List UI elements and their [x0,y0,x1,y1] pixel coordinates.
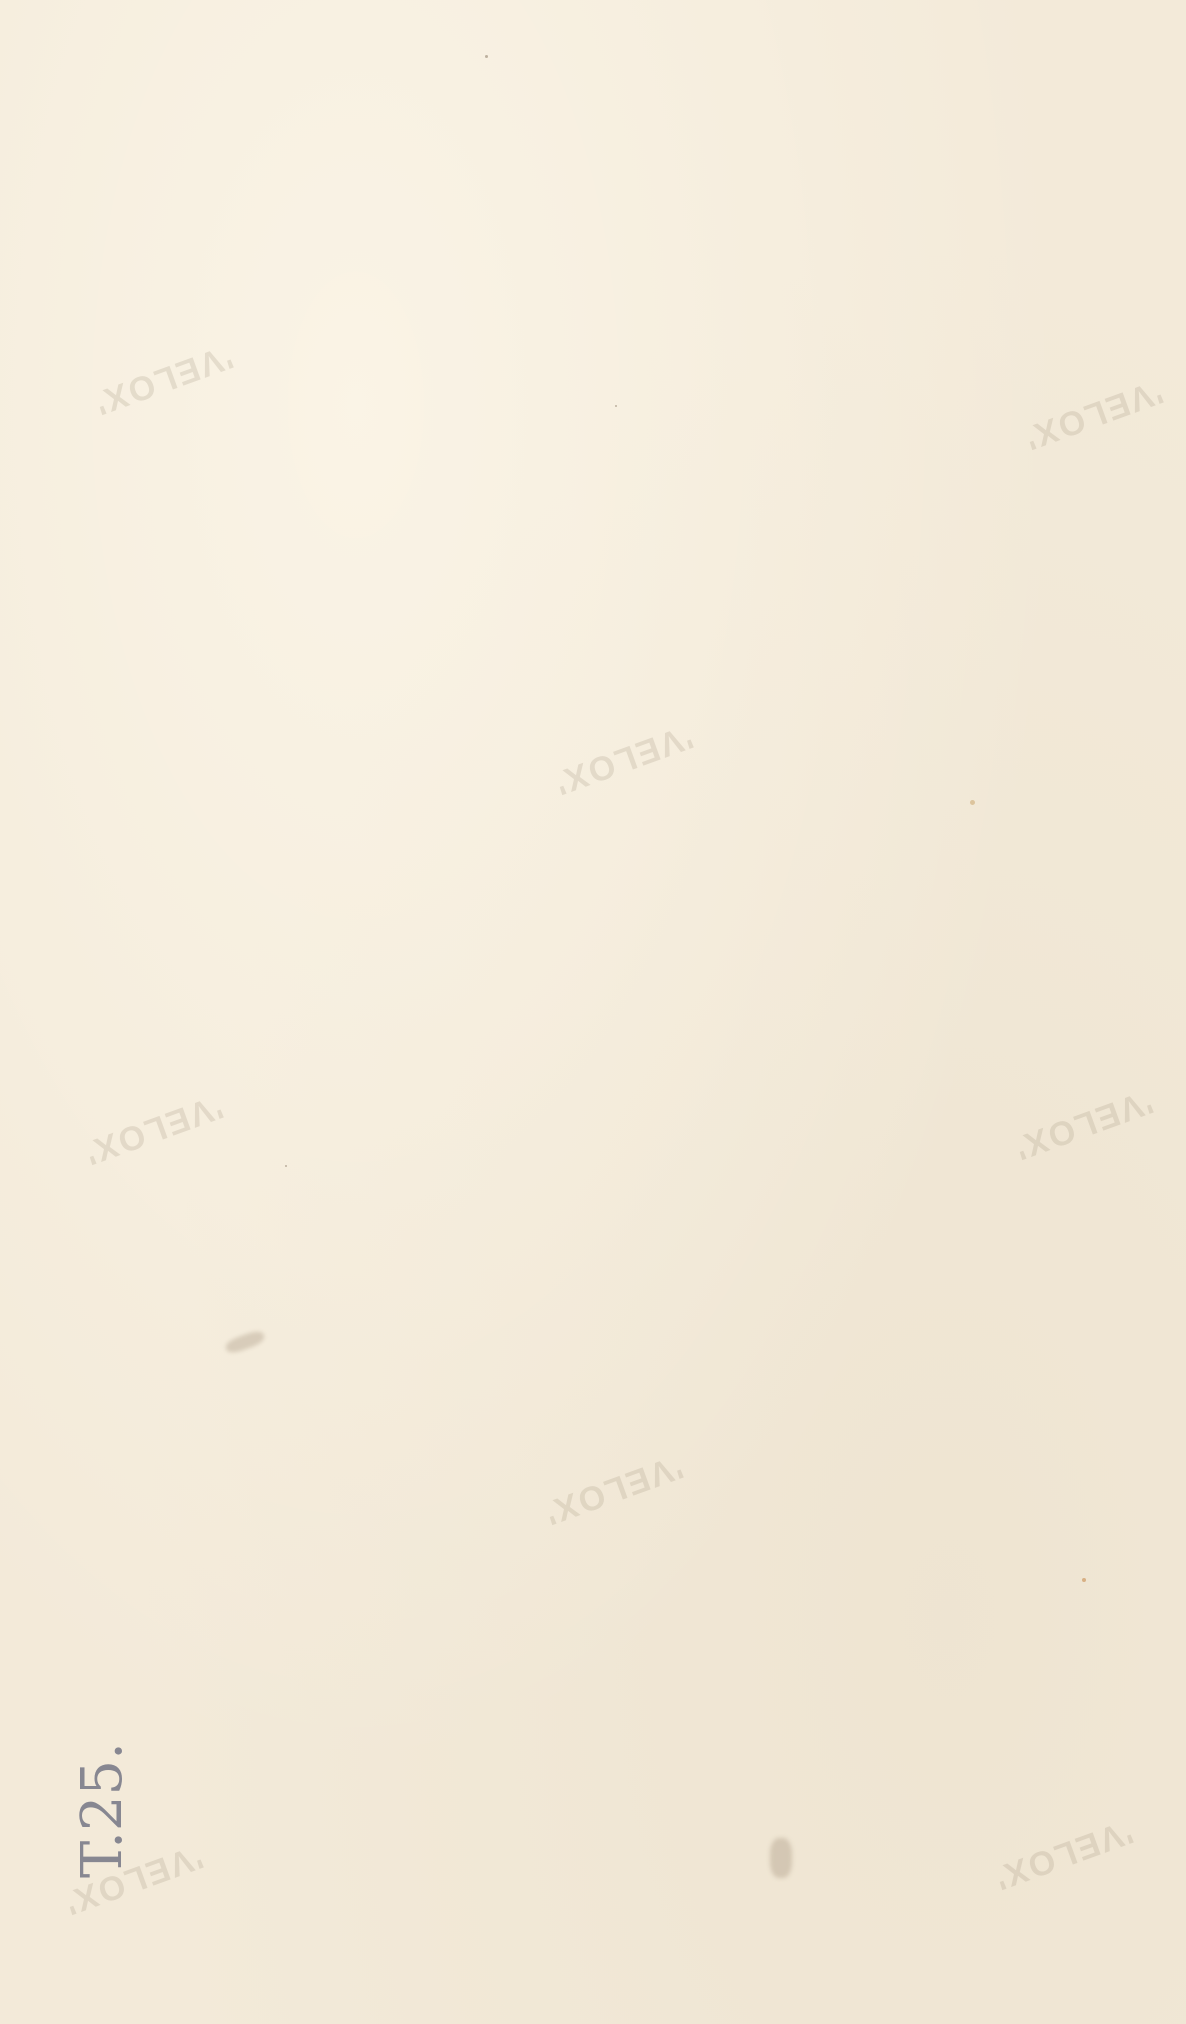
photo-paper-back: 'VELOX' 'VELOX' 'VELOX' 'VELOX' 'VELOX' … [0,0,1186,2024]
speck [1082,1578,1086,1582]
velox-watermark: 'VELOX' [1018,371,1168,457]
velox-watermark: 'VELOX' [548,716,698,802]
velox-watermark: 'VELOX' [78,1086,228,1172]
stain-mark [224,1329,266,1356]
stain-mark [770,1838,792,1878]
velox-watermark: 'VELOX' [88,336,238,422]
velox-watermark: 'VELOX' [1008,1081,1158,1167]
velox-watermark: 'VELOX' [988,1811,1138,1897]
handwritten-note: T.25. [70,1690,160,1930]
speck [285,1165,287,1167]
speck [615,405,617,407]
speck [970,800,975,805]
velox-watermark: 'VELOX' [538,1446,688,1532]
speck [485,55,488,58]
